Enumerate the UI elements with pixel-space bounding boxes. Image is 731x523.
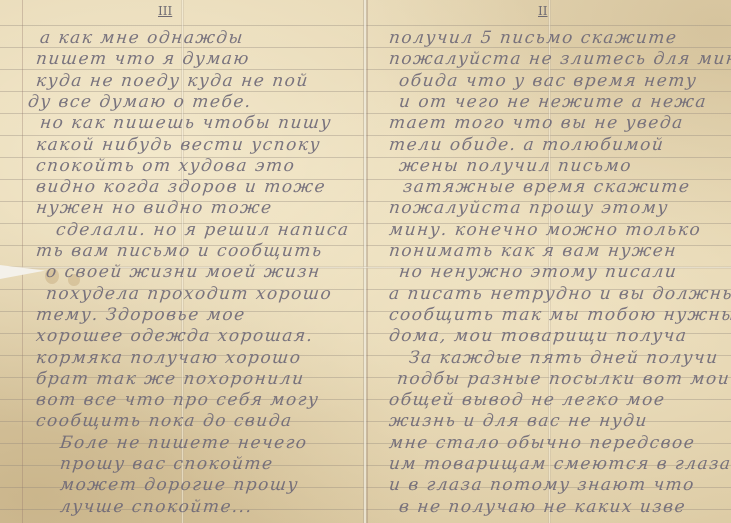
handwritten-line: сообщить так мы тобою нужны <box>388 305 731 325</box>
handwritten-line: обида что у вас время нету <box>398 71 698 91</box>
handwritten-line: прошу вас спокойте <box>59 454 275 474</box>
handwritten-line: и в глаза потому знают что <box>388 475 696 495</box>
handwritten-line: затяжные время скажите <box>402 177 692 197</box>
handwritten-line: кормяка получаю хорошо <box>35 348 303 368</box>
handwritten-line: но ненужно этому писали <box>398 262 678 282</box>
handwritten-line: сделали. но я решил написа <box>55 220 351 240</box>
handwritten-line: тает того что вы не уведа <box>388 113 685 133</box>
handwritten-line: пожалуйста прошу этому <box>388 198 670 218</box>
handwritten-line: и от чего не нежите а нежа <box>398 92 708 112</box>
handwritten-line: ду все думаю о тебе. <box>27 92 253 112</box>
handwritten-line: За каждые пять дней получи <box>408 348 720 368</box>
handwritten-line: какой нибудь вести успоку <box>35 135 322 155</box>
handwritten-line: куда не поеду куда не пой <box>35 71 310 91</box>
handwritten-line: сообщить пока до свида <box>35 411 294 431</box>
handwritten-line: тему. Здоровье мое <box>35 305 247 325</box>
handwritten-line: вот все что про себя могу <box>35 390 320 410</box>
handwritten-line: хорошее одежда хорошая. <box>35 326 315 346</box>
handwritten-line: общей вывод не легко мое <box>388 390 667 410</box>
handwritten-line: жизнь и для вас не нуди <box>388 411 649 431</box>
handwritten-line: в не получаю не каких изве <box>398 497 687 517</box>
handwritten-line: получил 5 письмо скажите <box>388 28 679 48</box>
handwritten-line: лучше спокойте... <box>59 497 254 517</box>
handwritten-line: а как мне однажды <box>39 28 245 48</box>
handwritten-line: подбы разные посылки вот мои <box>396 369 731 389</box>
handwritten-line: пишет что я думаю <box>35 49 251 69</box>
handwritten-line: брат так же похоронили <box>35 369 306 389</box>
handwritten-line: а писать нетрудно и вы должны <box>388 284 731 304</box>
handwritten-line: пожалуйста не злитесь для мину <box>388 49 731 69</box>
handwritten-line: тели обиде. а толюбимой <box>388 135 665 155</box>
page-number: II <box>538 4 547 18</box>
handwritten-line: понимать как я вам нужен <box>388 241 678 261</box>
handwritten-line: спокойть от худова это <box>35 156 296 176</box>
handwritten-line: ть вам письмо и сообщить <box>35 241 324 261</box>
left-page: III а как мне однаждыпишет что я думаюку… <box>0 0 363 523</box>
handwritten-line: Боле не пишете нечего <box>59 433 309 453</box>
page-number: III <box>158 4 172 18</box>
handwritten-line: жены получил письмо <box>398 156 633 176</box>
handwritten-line: может дорогие прошу <box>59 475 300 495</box>
handwritten-line: похудела проходит хорошо <box>45 284 333 304</box>
handwritten-line: дома, мои товарищи получа <box>388 326 689 346</box>
handwritten-line: мину. конечно можно только <box>388 220 702 240</box>
handwritten-line: им товарищам смеются в глаза <box>388 454 731 474</box>
handwritten-line: мне стало обычно передсвое <box>388 433 696 453</box>
handwritten-line: о своей жизни моей жизн <box>45 262 322 282</box>
right-page: II получил 5 письмо скажитепожалуйста не… <box>367 0 731 523</box>
handwritten-line: нужен но видно тоже <box>35 198 274 218</box>
handwritten-line: видно когда здоров и тоже <box>35 177 327 197</box>
letter-scan: III а как мне однаждыпишет что я думаюку… <box>0 0 731 523</box>
handwritten-line: но как пишешь чтобы пишу <box>39 113 333 133</box>
